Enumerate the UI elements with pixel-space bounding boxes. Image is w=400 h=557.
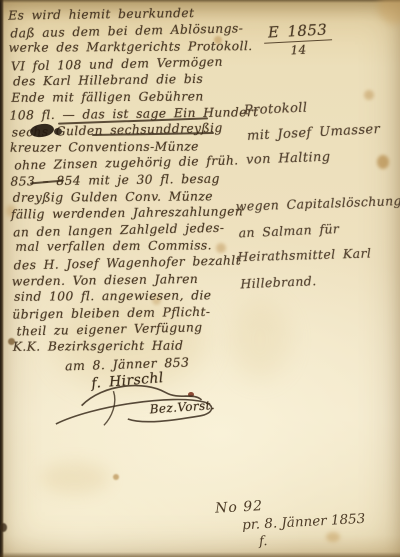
handwritten-line: dreyßig Gulden Conv. Münze xyxy=(13,188,237,206)
manuscript-body: Es wird hiemit beurkundetdaß aus dem bei… xyxy=(8,4,240,431)
signature-area: f. Hirschl Bez.Vorst. xyxy=(53,370,240,431)
ink-blot xyxy=(54,128,62,135)
scan-left-edge xyxy=(0,0,4,557)
docket-number: E 1853 14 xyxy=(257,19,339,59)
manuscript-lines: Es wird hiemit beurkundetdaß aus dem bei… xyxy=(8,4,239,356)
handwritten-line: von Halting xyxy=(246,142,397,172)
handwritten-line: Ende mit fälligen Gebühren xyxy=(11,88,235,106)
presentation-note: No 92 pr. 8. Jänner 1853 f. xyxy=(215,491,395,551)
handwritten-line: K.K. Bezirksgericht Haid xyxy=(13,337,239,355)
scanned-manuscript-page: Es wird hiemit beurkundetdaß aus dem bei… xyxy=(0,0,400,557)
handwritten-line: sind 100 fl. angewiesen, die xyxy=(14,287,238,305)
docket-year-number: E 1853 xyxy=(264,20,332,43)
scan-top-edge xyxy=(0,0,400,3)
foxing-stain xyxy=(378,0,400,24)
foxing-stain xyxy=(113,474,119,480)
cover-title-block: Protokollmit Josef Umasservon Halting xyxy=(243,92,396,173)
foxing-stain xyxy=(40,462,110,494)
cover-subject-block: wegen Capitalslöschungan Salman fürHeira… xyxy=(235,188,396,295)
docket-subnumber: 14 xyxy=(258,41,339,59)
scan-bottom-edge xyxy=(0,552,400,557)
